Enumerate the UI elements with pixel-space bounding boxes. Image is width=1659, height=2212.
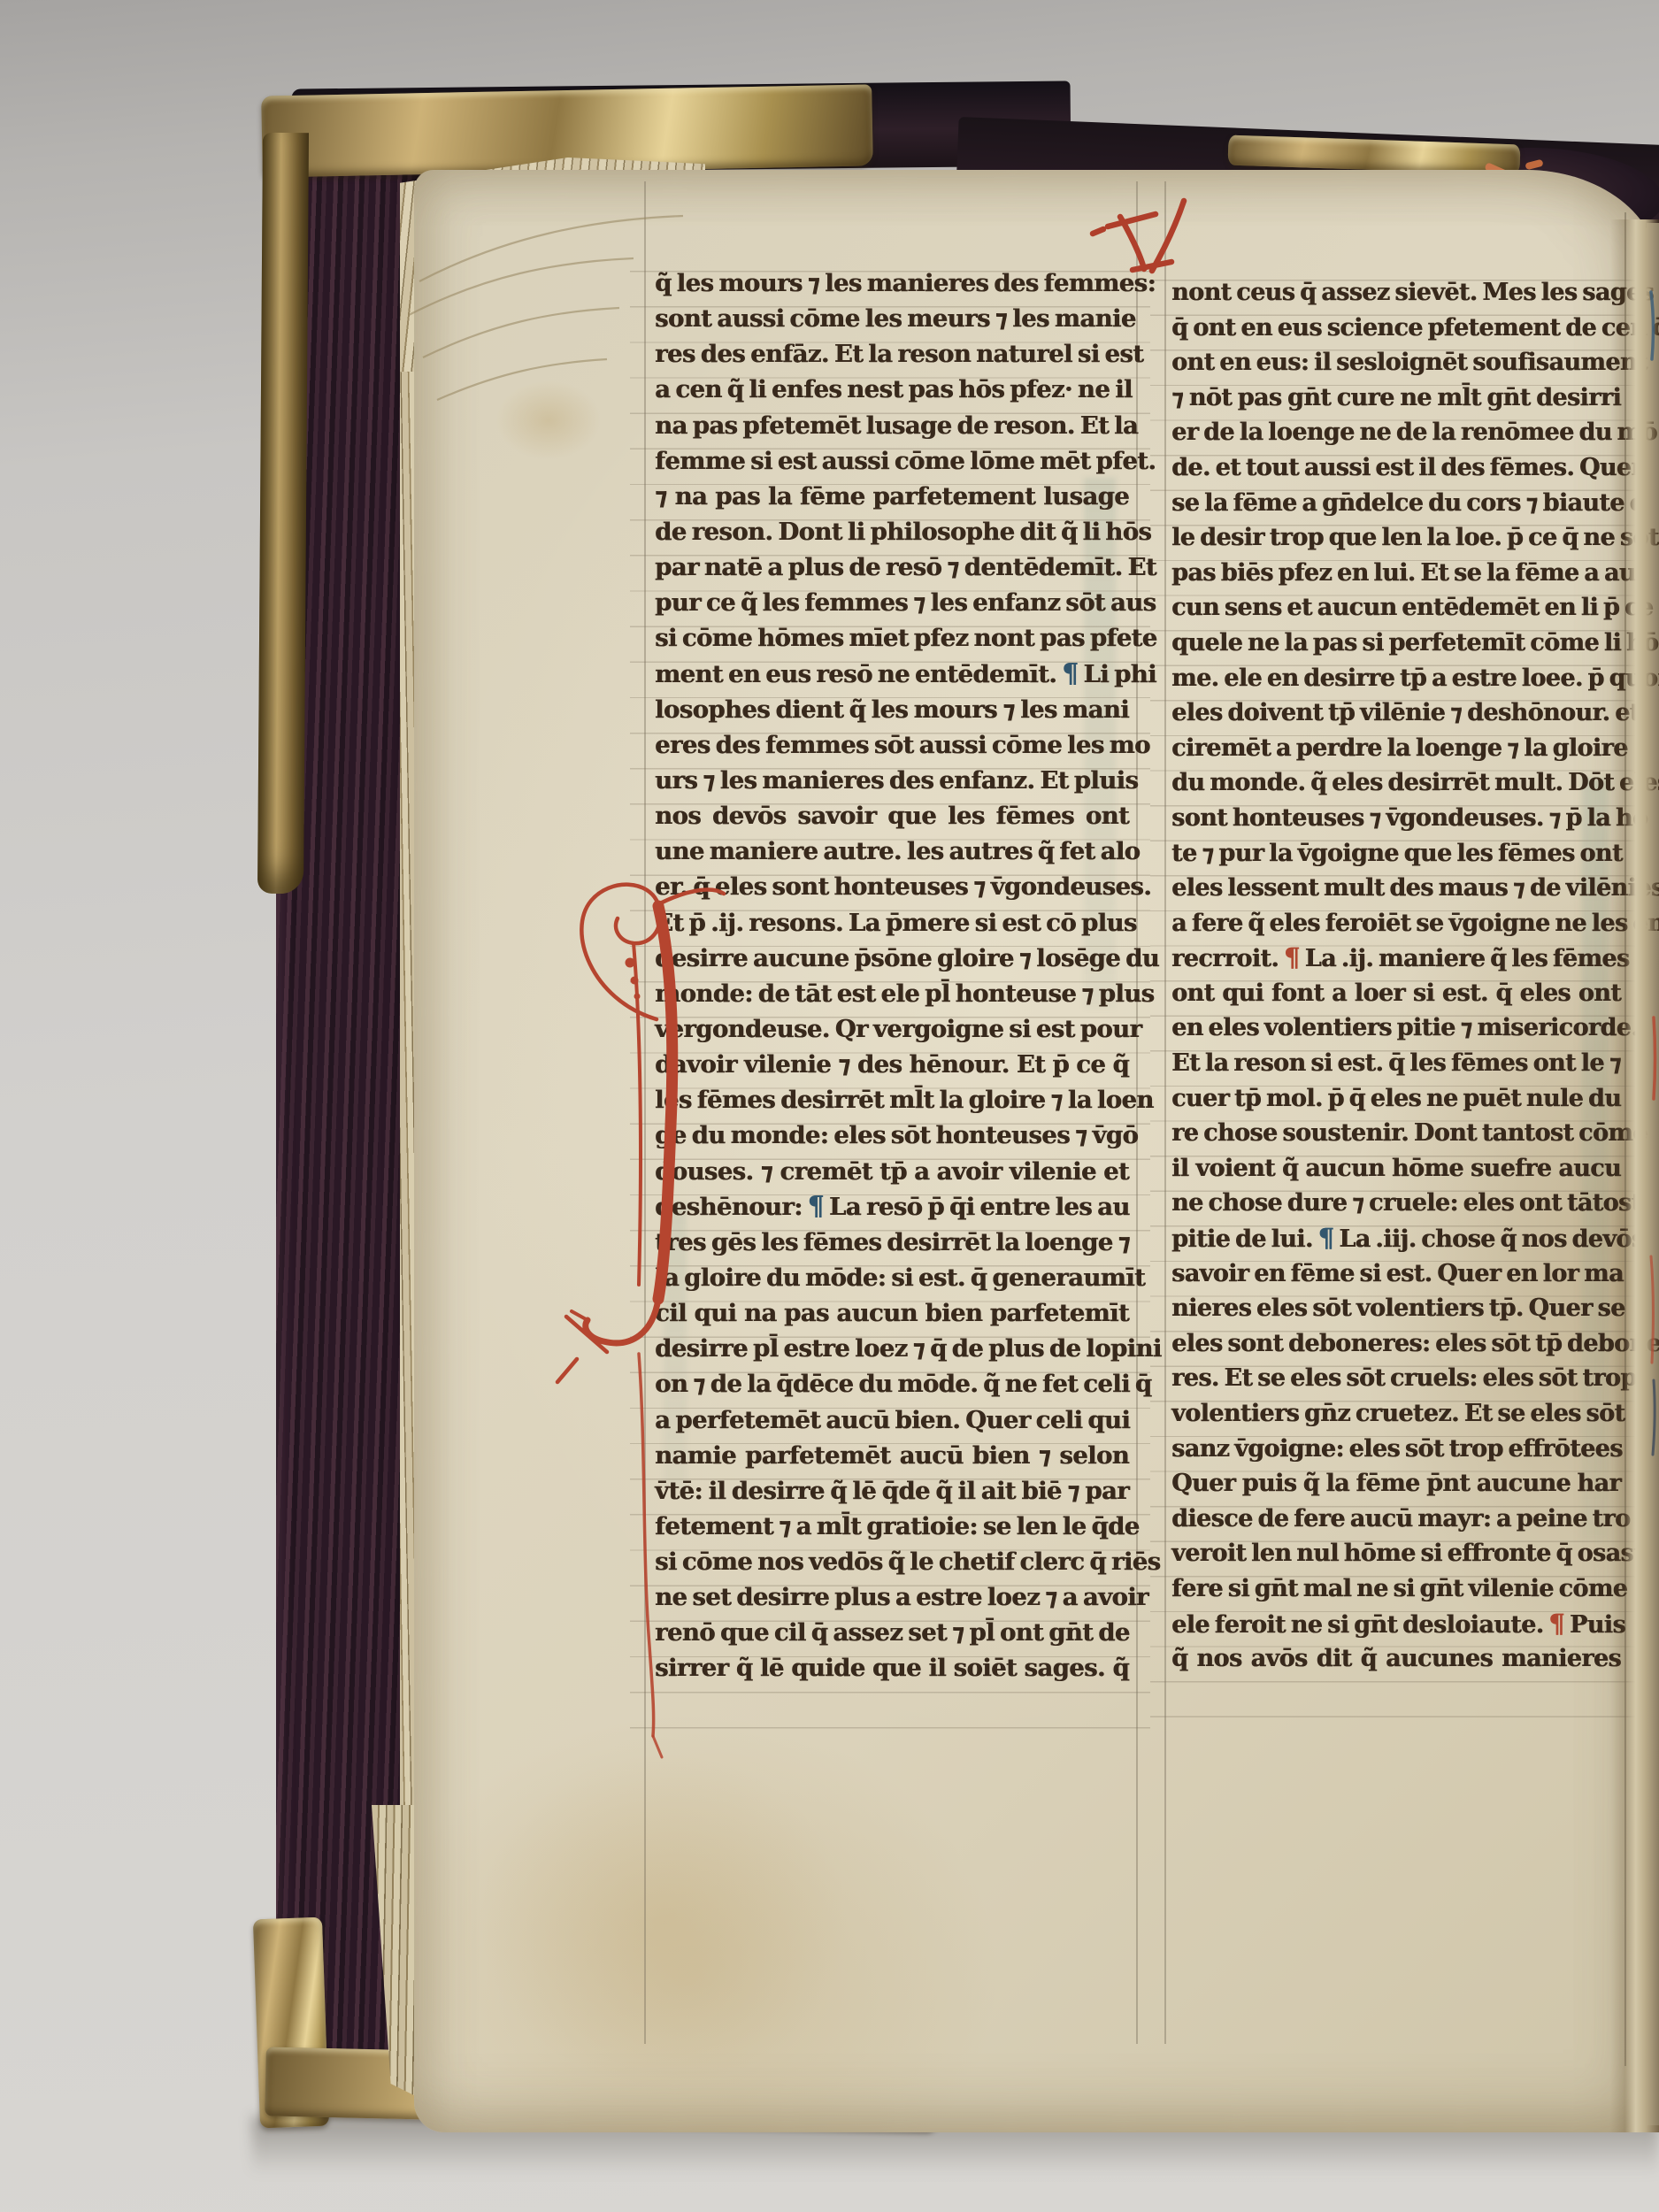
- text-line: sont honteuses ⁊ v̄gondeuses. ⁊ p̄ la hō: [1171, 801, 1621, 836]
- text-line: a cen q̃ li enfes nest pas hōs pfez· ne …: [655, 372, 1129, 407]
- text-line: femme si est aussi cōme lōme mēt pfet.: [655, 443, 1129, 479]
- text-line: ge du monde: eles sōt honteuses ⁊ v̄gō: [655, 1118, 1129, 1153]
- text-line: en eles volentiers pitie ⁊ misericorde.: [1171, 1010, 1621, 1046]
- text-line: Et la reson si est. q̄ les fēmes ont le …: [1171, 1046, 1621, 1081]
- text-line: renō que cil q̄ assez set ⁊ pl̄ ont gn̄t…: [655, 1615, 1129, 1650]
- text-line: de. et tout aussi est il des fēmes. Quer: [1171, 450, 1621, 486]
- text-line: cun sens et aucun entēdemēt en li p̄ ce: [1171, 590, 1621, 626]
- text-line: savoir en fēme si est. Quer en lor ma: [1171, 1256, 1621, 1292]
- text-line: pur ce q̃ les femmes ⁊ les enfanz sōt au…: [655, 585, 1129, 620]
- text-line: les fēmes desirrēt ml̄t la gloire ⁊ la l…: [655, 1082, 1129, 1118]
- photo-backdrop: q̃ les mours ⁊ les manieres des femmes:s…: [0, 0, 1659, 2212]
- text-line: tres gēs les fēmes desirrēt la loenge ⁊: [655, 1225, 1129, 1260]
- text-line: sont aussi cōme les meurs ⁊ les manie: [655, 301, 1129, 336]
- text-line: Quer puis q̃ la fēme p̄nt aucune har: [1171, 1466, 1621, 1502]
- text-line: sirrer q̃ lē quide que il soiēt sages. q…: [655, 1650, 1129, 1686]
- text-line: te ⁊ pur la v̄goigne que les fēmes ont: [1171, 836, 1621, 872]
- text-line: veroit len nul hōme si effronte q̄ osast: [1171, 1536, 1621, 1571]
- text-line: monde: de tāt est ele pl̄ honteuse ⁊ plu…: [655, 976, 1129, 1011]
- text-line: volentiers gn̄z cruetez. Et se eles sōt: [1171, 1396, 1621, 1432]
- text-line: ne set desirre plus a estre loez ⁊ a avo…: [655, 1579, 1129, 1615]
- text-line: ciremēt a perdre la loenge ⁊ la gloire: [1171, 731, 1621, 766]
- text-line: er de la loenge ne de la renōmee du mō: [1171, 415, 1621, 450]
- text-line: pas biēs pfez en lui. Et se la fēme a au: [1171, 556, 1621, 591]
- text-line: ment en eus resō ne entēdemīt. ¶ Li phi: [655, 657, 1129, 692]
- text-line: v̄tē: il desirre q̃ lē q̄de q̃ il ait bi…: [655, 1473, 1129, 1509]
- text-line: res des enfāz. Et la reson naturel si es…: [655, 336, 1129, 372]
- text-line: la gloire du mōde: si est. q̄ generaumīt: [655, 1260, 1129, 1295]
- text-line: desirre aucune p̄sōne gloire ⁊ losēge du: [655, 941, 1129, 976]
- text-line: si cōme hōmes mīet pfez nont pas pfete: [655, 620, 1129, 656]
- text-line: a perfetemēt aucū bien. Quer celi qui: [655, 1402, 1129, 1438]
- text-line: nos devōs savoir que les fēmes ont: [655, 798, 1129, 833]
- text-line: ont qui font a loer si est. q̄ eles ont: [1171, 976, 1621, 1011]
- text-line: par natē a plus de resō ⁊ dentēdemīt. Et: [655, 549, 1129, 585]
- text-line: de reson. Dont li philosophe dit q̃ li h…: [655, 514, 1129, 549]
- text-line: ne chose dure ⁊ cruele: eles ont tātost: [1171, 1186, 1621, 1221]
- text-line: namie parfetemēt aucū bien ⁊ selon: [655, 1438, 1129, 1473]
- text-line: recrroit. ¶ La .ij. maniere q̃ les fēmes: [1171, 941, 1621, 976]
- text-line: q̄ ont en eus science pfetement de cen q…: [1171, 311, 1621, 346]
- text-line: re chose soustenir. Dont tantost cōme: [1171, 1116, 1621, 1151]
- text-line: se la fēme a gn̄delce du cors ⁊ biaute e: [1171, 486, 1621, 521]
- text-line: desirre pl̄ estre loez ⁊ q̄ de plus de l…: [655, 1331, 1129, 1366]
- text-line: eres des femmes sōt aussi cōme les mo: [655, 727, 1129, 763]
- text-line: ele feroit ne si gn̄t desloiaute. ¶ Puis: [1171, 1607, 1621, 1642]
- text-line: a fere q̃ eles feroiēt se v̄goigne ne le…: [1171, 906, 1621, 941]
- text-line: urs ⁊ les manieres des enfanz. Et pluis: [655, 763, 1129, 798]
- text-line: losophes dient q̃ les mours ⁊ les mani: [655, 692, 1129, 727]
- text-line: eles sont deboneres: eles sōt tp̄ debone: [1171, 1326, 1621, 1362]
- text-line: douses. ⁊ cremēt tp̄ a avoir vilenie et: [655, 1154, 1129, 1189]
- text-line: on ⁊ de la q̄dēce du mōde. q̃ ne fet cel…: [655, 1366, 1129, 1402]
- text-line: pitie de lui. ¶ La .iij. chose q̃ nos de…: [1171, 1221, 1621, 1256]
- pilcrow-mark: ¶: [808, 1191, 824, 1222]
- text-line: quele ne la pas si perfetemīt cōme li hō: [1171, 626, 1621, 661]
- text-line: eles lessent mult des maus ⁊ de vilēnies: [1171, 871, 1621, 906]
- text-line: ⁊ na pas la fēme parfetement lusage: [655, 479, 1129, 514]
- text-line: me. ele en desirre tp̄ a estre loee. p̄ …: [1171, 661, 1621, 696]
- next-page-sliver: [1647, 223, 1659, 2125]
- text-column-right: nont ceus q̄ assez sievēt. Mes les sages…: [1171, 275, 1621, 1677]
- text-line: cuer tp̄ mol. p̄ q̄ eles ne puēt nule du: [1171, 1081, 1621, 1117]
- text-line: q̃ nos avōs dit q̃ aucunes manieres: [1171, 1641, 1621, 1677]
- text-line: Et p̄ .ij. resons. La p̄mere si est cō p…: [655, 905, 1129, 941]
- text-line: si cōme nos vedōs q̃ le chetif clerc q̄ …: [655, 1544, 1129, 1579]
- text-line: diesce de fere aucū mayr: a peine tro: [1171, 1502, 1621, 1537]
- pilcrow-mark: ¶: [1548, 1609, 1564, 1639]
- text-line: eles doivent tp̄ vilēnie ⁊ deshōnour. et: [1171, 695, 1621, 731]
- text-column-left: q̃ les mours ⁊ les manieres des femmes:s…: [655, 265, 1129, 1686]
- text-line: ⁊ nōt pas gn̄t cure ne ml̄t gn̄t desirri: [1171, 380, 1621, 416]
- text-line: une maniere autre. les autres q̃ fet alo: [655, 833, 1129, 869]
- text-line: davoir vilenie ⁊ des hēnour. Et p̄ ce q̃: [655, 1047, 1129, 1082]
- text-line: nieres eles sōt volentiers tp̄. Quer se: [1171, 1291, 1621, 1326]
- text-line: ont en eus: il sesloignēt soufisaument: [1171, 345, 1621, 380]
- text-line: res. Et se eles sōt cruels: eles sōt tro…: [1171, 1361, 1621, 1396]
- pilcrow-mark: ¶: [1317, 1223, 1333, 1253]
- gilt-edge-left: [257, 133, 309, 894]
- text-line: q̃ les mours ⁊ les manieres des femmes:: [655, 265, 1129, 301]
- text-line: il voient q̃ aucun hōme suefre aucu: [1171, 1151, 1621, 1187]
- text-line: fere si gn̄t mal ne si gn̄t vilenie cōme: [1171, 1571, 1621, 1607]
- text-line: sanz v̄goigne: eles sōt trop effrōtees: [1171, 1432, 1621, 1467]
- text-line: du monde. q̃ eles desirrēt mult. Dōt ele…: [1171, 765, 1621, 801]
- text-line: na pas pfetemēt lusage de reson. Et la: [655, 408, 1129, 443]
- text-line: vergondeuse. Qr vergoigne si est pour: [655, 1011, 1129, 1047]
- text-line: cil qui na pas aucun bien parfetemīt: [655, 1295, 1129, 1331]
- text-line: fetement ⁊ a ml̄t gratioie: se len le q̄…: [655, 1509, 1129, 1544]
- text-line: le desir trop que len la loe. p̄ ce q̄ n…: [1171, 520, 1621, 556]
- pilcrow-mark: ¶: [1062, 658, 1078, 689]
- pilcrow-mark: ¶: [1284, 942, 1300, 972]
- text-line: nont ceus q̄ assez sievēt. Mes les sages: [1171, 275, 1621, 311]
- text-line: er. q̄ eles sont honteuses ⁊ v̄gondeuses…: [655, 869, 1129, 904]
- text-line: deshēnour: ¶ La resō p̄ q̄i entre les au: [655, 1189, 1129, 1225]
